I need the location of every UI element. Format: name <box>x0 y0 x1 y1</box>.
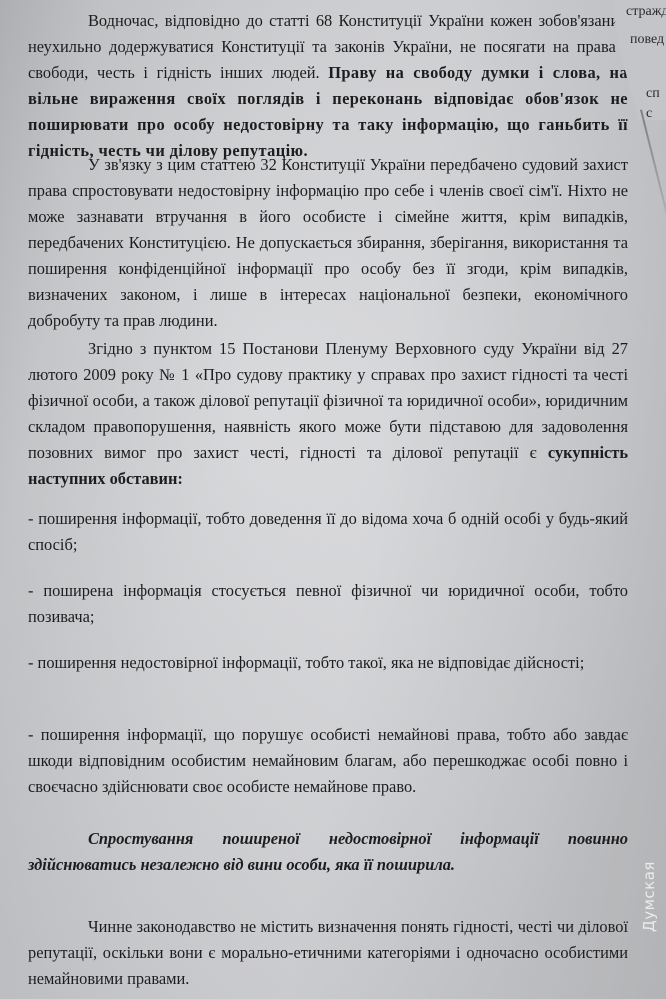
list-item-text: - поширення інформації, тобто доведення … <box>28 509 628 554</box>
list-item: - поширення інформації, тобто доведення … <box>28 506 628 558</box>
sheet-fragment: повед <box>630 32 664 48</box>
paragraph-refutation-emphasis: Спростування поширеної недостовірної інф… <box>28 826 628 878</box>
list-item: - поширення інформації, що порушує особи… <box>28 722 628 800</box>
sheet-fragment: сп <box>646 86 660 102</box>
list-item: - поширена інформація стосується певної … <box>28 578 628 630</box>
list-item-text: - поширення недостовірної інформації, то… <box>28 653 584 672</box>
paragraph-text: У зв'язку з цим статтею 32 Конституції У… <box>28 155 628 330</box>
paragraph-legislation-definition: Чинне законодавство не містить визначенн… <box>28 914 628 992</box>
paragraph-text: Чинне законодавство не містить визначенн… <box>28 917 628 988</box>
list-item-text: - поширення інформації, що порушує особи… <box>28 725 628 796</box>
paragraph-article-68: Водночас, відповідно до статті 68 Консти… <box>28 8 628 164</box>
sheet-fragment: с <box>646 106 652 122</box>
list-item: - поширення недостовірної інформації, то… <box>28 650 628 676</box>
paragraph-text: Згідно з пунктом 15 Постанови Пленуму Ве… <box>28 339 628 462</box>
paper-seam <box>640 110 666 227</box>
document-page: Водночас, відповідно до статті 68 Консти… <box>0 0 666 999</box>
paragraph-article-32: У зв'язку з цим статтею 32 Конституції У… <box>28 152 628 334</box>
paragraph-plenum-resolution: Згідно з пунктом 15 Постанови Пленуму Ве… <box>28 336 628 492</box>
watermark: Думская <box>640 861 658 932</box>
paragraph-text: Спростування поширеної недостовірної інф… <box>28 829 628 874</box>
list-item-text: - поширена інформація стосується певної … <box>28 581 628 626</box>
sheet-fragment: стражд <box>626 4 666 20</box>
